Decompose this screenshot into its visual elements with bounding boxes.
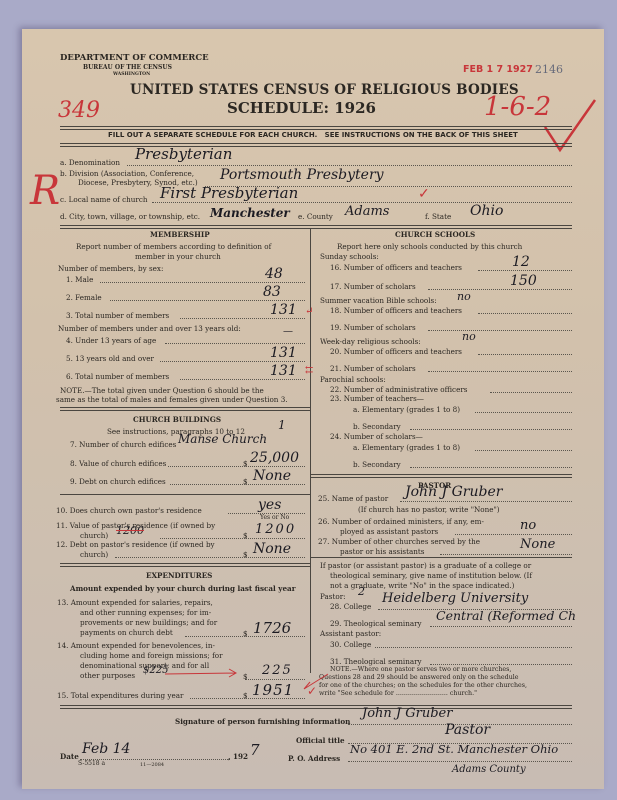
q18-line bbox=[478, 313, 572, 314]
q11-currency: $ bbox=[243, 531, 248, 540]
county-value[interactable]: Adams bbox=[345, 204, 389, 219]
q4-label: 4. Under 13 years of age bbox=[66, 336, 156, 345]
q21-label: 21. Number of scholars bbox=[330, 364, 416, 373]
signature-label: Signature of person furnishing informati… bbox=[175, 717, 350, 726]
county-label: e. County bbox=[298, 212, 333, 221]
q7-edifices-value[interactable]: Manse Church bbox=[178, 432, 267, 446]
q16-label: 16. Number of officers and teachers bbox=[330, 263, 462, 272]
pastor-note: NOTE.—Where one pastor serves two or mor… bbox=[319, 666, 527, 698]
red-check-q3-icon: ↵ bbox=[305, 306, 313, 317]
weekday-value[interactable]: no bbox=[462, 330, 476, 343]
q29-label: 29. Theological seminary bbox=[330, 619, 422, 628]
q26-label-cont: ployed as assistant pastors bbox=[340, 527, 438, 536]
q1-male-value[interactable]: 48 bbox=[265, 266, 283, 282]
department-label: DEPARTMENT OF COMMERCE bbox=[60, 53, 209, 63]
q24a-label: a. Elementary (grades 1 to 8) bbox=[353, 443, 460, 452]
q15-currency: $ bbox=[243, 691, 248, 700]
q25-line bbox=[400, 501, 572, 502]
year-prefix: , 192 bbox=[228, 752, 248, 761]
bureau-label: BUREAU OF THE CENSUS bbox=[83, 64, 172, 71]
q12-value[interactable]: None bbox=[253, 541, 291, 557]
city-label: d. City, town, village, or township, etc… bbox=[60, 212, 200, 221]
q8-value[interactable]: 25,000 bbox=[250, 450, 299, 466]
pastor-subheading: Pastor: bbox=[320, 592, 346, 601]
pastor-red-mark: 2 bbox=[358, 585, 365, 598]
buildings-divider bbox=[60, 494, 310, 495]
q12-label-cont: church) bbox=[80, 550, 108, 559]
membership-subtitle: Report number of members according to de… bbox=[76, 242, 271, 251]
q7-label: 7. Number of church edifices bbox=[70, 440, 176, 449]
print-code: 11—2084 bbox=[140, 762, 164, 769]
q10-hint: Yes or No bbox=[260, 514, 289, 521]
q11-label-cont: church) bbox=[80, 531, 108, 540]
denomination-value[interactable]: Presbyterian bbox=[135, 145, 232, 163]
red-arrow-icon bbox=[165, 668, 240, 678]
church-name-label: c. Local name of church bbox=[60, 195, 148, 204]
q30-line bbox=[375, 647, 572, 648]
schools-heading: CHURCH SCHOOLS bbox=[395, 230, 475, 239]
q1-line bbox=[100, 282, 305, 283]
church-name-value[interactable]: First Presbyterian bbox=[160, 184, 298, 202]
pastor-note-line1: NOTE.—Where one pastor serves two or mor… bbox=[319, 666, 527, 674]
buildings-rule bbox=[60, 563, 310, 567]
q24b-line bbox=[410, 467, 572, 468]
q11-line bbox=[160, 538, 305, 539]
q26-value[interactable]: no bbox=[520, 518, 536, 533]
q15-label: 15. Total expenditures during year bbox=[57, 691, 183, 700]
q5-line bbox=[160, 361, 305, 362]
q19-line bbox=[428, 330, 572, 331]
q7-correction: 1 bbox=[278, 418, 286, 432]
membership-rule bbox=[60, 407, 310, 411]
q29-line bbox=[430, 626, 572, 627]
q2-label: 2. Female bbox=[66, 293, 102, 302]
q9-currency: $ bbox=[243, 477, 248, 486]
q31-label: 31. Theological seminary bbox=[330, 657, 422, 666]
by-sex-heading: Number of members, by sex: bbox=[58, 264, 163, 273]
q31-line bbox=[430, 664, 572, 665]
q12-currency: $ bbox=[243, 550, 248, 559]
expenditures-subtitle: Amount expended by your church during la… bbox=[70, 584, 295, 593]
q14-label: 14. Amount expended for benevolences, in… bbox=[57, 641, 215, 650]
red-check-q15-icon: ✓ bbox=[307, 684, 317, 698]
q27-value[interactable]: None bbox=[520, 537, 555, 552]
q24b-label: b. Secondary bbox=[353, 460, 401, 469]
division-label: b. Division (Association, Conference, bbox=[60, 169, 194, 178]
city-value[interactable]: Manchester bbox=[210, 206, 290, 220]
q23a-line bbox=[475, 412, 572, 413]
state-label: f. State bbox=[425, 212, 451, 221]
q14-currency: $ bbox=[243, 672, 248, 681]
q8-line bbox=[168, 466, 305, 467]
summer-heading: Summer vacation Bible schools: bbox=[320, 296, 437, 305]
q9-line bbox=[170, 484, 305, 485]
q10-value[interactable]: yes bbox=[258, 497, 281, 513]
pastor-note-line3: for one of the churches; on the schedule… bbox=[319, 682, 527, 690]
address-value-cont[interactable]: Adams County bbox=[452, 764, 526, 775]
q27-line bbox=[440, 554, 572, 555]
header-rule bbox=[60, 126, 572, 130]
year-value[interactable]: 7 bbox=[250, 741, 260, 759]
q8-currency: $ bbox=[243, 459, 248, 468]
red-margin-mark: R bbox=[30, 168, 60, 214]
q12-line bbox=[115, 557, 305, 558]
q6-line bbox=[180, 379, 305, 380]
received-date-stamp: FEB 1 7 1927 bbox=[463, 64, 533, 75]
q15-total-value[interactable]: 1951 bbox=[252, 681, 294, 699]
pastor-divider bbox=[310, 557, 572, 558]
q17-label: 17. Number of scholars bbox=[330, 282, 416, 291]
q6-label: 6. Total number of members bbox=[66, 372, 169, 381]
grad-note: If pastor (or assistant pastor) is a gra… bbox=[320, 561, 531, 570]
identification-rule bbox=[60, 225, 572, 229]
q14-label-cont3: other purposes bbox=[80, 671, 135, 680]
q11-value[interactable]: 1200 bbox=[255, 522, 296, 537]
q13-currency: $ bbox=[243, 629, 248, 638]
red-check-q6-icon: ⇇ bbox=[305, 365, 313, 376]
assistant-subheading: Assistant pastor: bbox=[320, 629, 381, 638]
date-value[interactable]: Feb 14 bbox=[82, 741, 130, 757]
q14-line bbox=[245, 679, 305, 680]
q22-line bbox=[490, 392, 572, 393]
q11-struck-value: 1200 bbox=[116, 524, 144, 537]
address-line bbox=[348, 761, 572, 762]
q13-label-cont1: and other running expenses; for im- bbox=[80, 608, 211, 617]
q3-line bbox=[180, 318, 305, 319]
schedule-title: SCHEDULE: 1926 bbox=[227, 99, 376, 117]
q13-label-cont2: provements or new buildings; and for bbox=[80, 618, 217, 627]
q13-label: 13. Amount expended for salaries, repair… bbox=[57, 598, 213, 607]
q27-label: 27. Number of other churches served by t… bbox=[318, 537, 480, 546]
q24a-line bbox=[475, 450, 572, 451]
q26-label: 26. Number of ordained ministers, if any… bbox=[318, 517, 484, 526]
q3-label: 3. Total number of members bbox=[66, 311, 169, 320]
membership-heading: MEMBERSHIP bbox=[150, 230, 210, 239]
q4-under13-value[interactable]: — bbox=[283, 326, 293, 337]
q6-total-value[interactable]: 131 bbox=[270, 363, 297, 379]
denomination-label: a. Denomination bbox=[60, 158, 120, 167]
pastor-note-line2: Questions 28 and 29 should be answered o… bbox=[319, 674, 527, 682]
q22-label: 22. Number of administrative officers bbox=[330, 385, 467, 394]
schools-rule bbox=[310, 474, 572, 478]
address-value[interactable]: No 401 E. 2nd St. Manchester Ohio bbox=[350, 742, 558, 756]
q9-label: 9. Debt on church edifices bbox=[70, 477, 166, 486]
red-annotation-number: 349 bbox=[58, 98, 100, 123]
q21-line bbox=[428, 371, 572, 372]
official-title-value[interactable]: Pastor bbox=[445, 722, 490, 738]
sunday-heading: Sunday schools: bbox=[320, 252, 379, 261]
form-number-stamp: 2146 bbox=[535, 63, 563, 76]
q23a-label: a. Elementary (grades 1 to 8) bbox=[353, 405, 460, 414]
q26-line bbox=[455, 534, 572, 535]
denomination-field-line bbox=[127, 165, 572, 166]
membership-note-cont: same as the total of males and females g… bbox=[56, 395, 288, 404]
q25-hint: (If church has no pastor, write "None") bbox=[358, 505, 500, 514]
schools-subtitle: Report here only schools conducted by th… bbox=[337, 242, 522, 251]
address-label: P. O. Address bbox=[288, 754, 340, 763]
city-label: WASHINGTON bbox=[113, 72, 150, 77]
weekday-heading: Week-day religious schools: bbox=[320, 337, 421, 346]
summer-value[interactable]: no bbox=[457, 290, 471, 303]
q20-line bbox=[478, 354, 572, 355]
q28-label: 28. College bbox=[330, 602, 371, 611]
division-value[interactable]: Portsmouth Presbytery bbox=[220, 167, 384, 183]
q23b-line bbox=[410, 429, 572, 430]
q5-over13-value[interactable]: 131 bbox=[270, 345, 297, 361]
q18-label: 18. Number of officers and teachers bbox=[330, 306, 462, 315]
q23-label: 23. Number of teachers— bbox=[330, 394, 424, 403]
q2-female-value[interactable]: 83 bbox=[263, 284, 281, 300]
form-title: UNITED STATES CENSUS OF RELIGIOUS BODIES bbox=[130, 82, 519, 98]
college-value[interactable]: Heidelberg University bbox=[382, 591, 528, 606]
official-title-label: Official title bbox=[296, 736, 345, 745]
q10-label: 10. Does church own pastor's residence bbox=[56, 506, 202, 515]
q4-line bbox=[165, 343, 305, 344]
q3-total-value[interactable]: 131 bbox=[270, 302, 297, 318]
red-tick-icon: ✓ bbox=[418, 186, 430, 202]
q25-label: 25. Name of pastor bbox=[318, 494, 388, 503]
q12-label: 12. Debt on pastor's residence (if owned… bbox=[56, 540, 215, 549]
q5-label: 5. 13 years old and over bbox=[66, 354, 154, 363]
q23b-label: b. Secondary bbox=[353, 422, 401, 431]
by-age-heading: Number of members under and over 13 year… bbox=[58, 324, 241, 333]
q20-label: 20. Number of officers and teachers bbox=[330, 347, 462, 356]
q17-line bbox=[428, 289, 572, 290]
q16-line bbox=[478, 270, 572, 271]
pastor-note-line4: write "See schedule for ................… bbox=[319, 690, 527, 698]
q14-value[interactable]: 225 bbox=[262, 663, 293, 678]
date-label: Date bbox=[60, 752, 79, 761]
q1-label: 1. Male bbox=[66, 275, 93, 284]
form-code: S-5518 a bbox=[78, 760, 105, 767]
q27-label-cont: pastor or his assistants bbox=[340, 547, 425, 556]
signature-value[interactable]: John J Gruber bbox=[362, 706, 452, 721]
column-divider bbox=[310, 228, 311, 673]
q8-label: 8. Value of church edifices bbox=[70, 459, 166, 468]
q13-value[interactable]: 1726 bbox=[253, 619, 291, 637]
state-value[interactable]: Ohio bbox=[470, 203, 503, 219]
membership-note: NOTE.—The total given under Question 6 s… bbox=[60, 386, 264, 395]
q2-line bbox=[110, 300, 305, 301]
q30-label: 30. College bbox=[330, 640, 371, 649]
grad-note-cont1: theological seminary, give name of insti… bbox=[330, 571, 532, 580]
instruction-banner: FILL OUT A SEPARATE SCHEDULE FOR EACH CH… bbox=[108, 131, 518, 139]
q9-value[interactable]: None bbox=[253, 468, 291, 484]
body-bottom-rule bbox=[60, 705, 572, 709]
expenditures-heading: EXPENDITURES bbox=[146, 571, 212, 580]
pastor-name-value[interactable]: John J Gruber bbox=[405, 484, 502, 500]
seminary-value[interactable]: Central (Reformed Ch bbox=[436, 608, 576, 623]
q13-label-cont3: payments on church debt bbox=[80, 628, 173, 637]
q19-label: 19. Number of scholars bbox=[330, 323, 416, 332]
parochial-heading: Parochial schools: bbox=[320, 375, 386, 384]
membership-subtitle-cont: member in your church bbox=[135, 252, 221, 261]
church-name-field-line bbox=[152, 202, 572, 203]
q17-value[interactable]: 150 bbox=[510, 273, 537, 289]
buildings-heading: CHURCH BUILDINGS bbox=[133, 415, 221, 424]
q16-value[interactable]: 12 bbox=[512, 254, 530, 270]
q14-label-cont1: cluding home and foreign missions; for bbox=[80, 651, 223, 660]
q24-label: 24. Number of scholars— bbox=[330, 432, 423, 441]
